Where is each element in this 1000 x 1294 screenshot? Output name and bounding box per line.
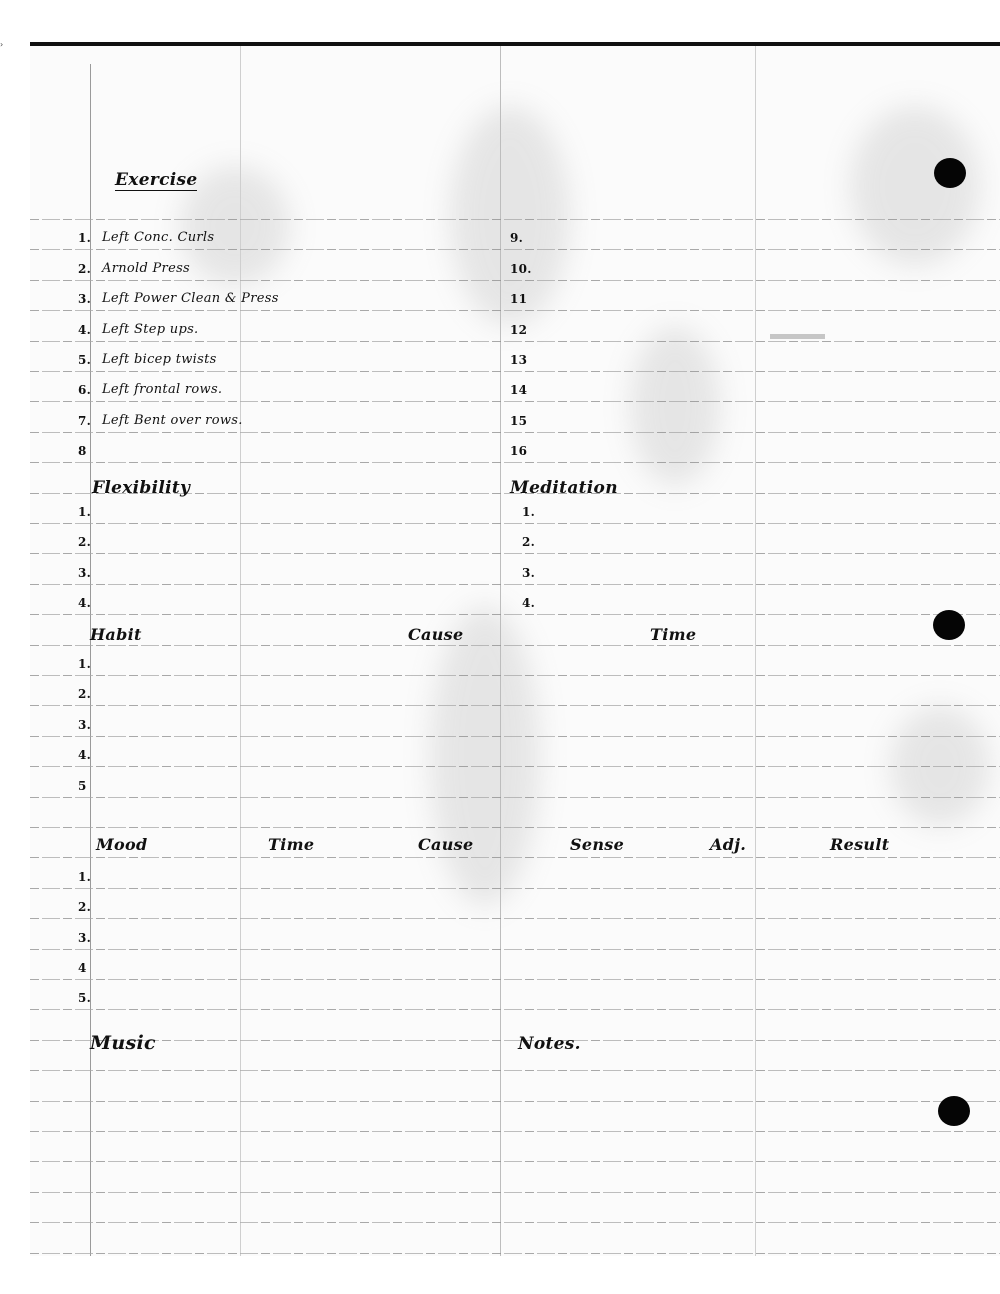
- fold-line: [500, 46, 501, 1256]
- ruled-line: [30, 1070, 1000, 1071]
- ruled-line: [30, 310, 1000, 311]
- list-number: 16: [510, 444, 527, 458]
- list-number: 15: [510, 414, 527, 428]
- exercise-entry: Left bicep twists: [102, 352, 217, 367]
- pencil-smudge: [770, 334, 825, 339]
- list-number: 7.: [78, 414, 91, 428]
- ruled-line: [30, 645, 1000, 646]
- list-number: 11: [510, 292, 527, 306]
- list-number: 12: [510, 323, 527, 337]
- ruled-line: [30, 675, 1000, 676]
- mood-column-result: Result: [830, 835, 889, 854]
- music-heading: Music: [90, 1032, 156, 1054]
- list-number: 5.: [78, 991, 91, 1005]
- ruled-line: [30, 766, 1000, 767]
- list-number: 1.: [522, 505, 535, 519]
- habit-column-cause: Cause: [408, 625, 463, 644]
- exercise-entry: Left Bent over rows.: [102, 413, 243, 428]
- list-number: 5: [78, 779, 87, 793]
- list-number: 3.: [78, 566, 91, 580]
- notebook-page: Exercise 1.Left Conc. Curls2.Arnold Pres…: [30, 42, 1000, 1256]
- habit-column-time: Time: [650, 625, 696, 644]
- ruled-line: [30, 888, 1000, 889]
- ruled-line: [30, 401, 1000, 402]
- ruled-line: [30, 1222, 1000, 1223]
- ruled-line: [30, 1009, 1000, 1010]
- mood-column-time: Time: [268, 835, 314, 854]
- list-number: 5.: [78, 353, 91, 367]
- list-number: 4.: [78, 748, 91, 762]
- exercise-entry: Left frontal rows.: [102, 382, 222, 397]
- exercise-entry: Arnold Press: [102, 261, 190, 276]
- list-number: 3.: [78, 292, 91, 306]
- ruled-line: [30, 523, 1000, 524]
- ruled-line: [30, 1161, 1000, 1162]
- ruled-line: [30, 1253, 1000, 1254]
- list-number: 3.: [78, 931, 91, 945]
- list-number: 8: [78, 444, 87, 458]
- ruled-line: [30, 1192, 1000, 1193]
- list-number: 2.: [78, 900, 91, 914]
- mood-column-adj: Adj.: [710, 835, 746, 854]
- ruled-line: [30, 949, 1000, 950]
- ruled-line: [30, 614, 1000, 615]
- ruled-line: [30, 1040, 1000, 1041]
- list-number: 1.: [78, 657, 91, 671]
- list-number: 2.: [78, 687, 91, 701]
- habit-column-habit: Habit: [90, 625, 142, 644]
- ruled-line: [30, 827, 1000, 828]
- notes-heading: Notes.: [518, 1034, 581, 1054]
- ruled-line: [30, 705, 1000, 706]
- ruled-line: [30, 249, 1000, 250]
- list-number: 13: [510, 353, 527, 367]
- mood-column-cause: Cause: [418, 835, 473, 854]
- ruled-line: [30, 797, 1000, 798]
- list-number: 4.: [78, 323, 91, 337]
- exercise-heading: Exercise: [115, 170, 197, 191]
- list-number: 14: [510, 383, 527, 397]
- list-number: 9.: [510, 231, 523, 245]
- ruled-line: [30, 371, 1000, 372]
- punch-hole: [938, 1096, 970, 1126]
- list-number: 3.: [78, 718, 91, 732]
- ruled-line: [30, 918, 1000, 919]
- scan-edge-mark: ›: [0, 40, 3, 49]
- list-number: 1.: [78, 231, 91, 245]
- list-number: 4.: [522, 596, 535, 610]
- list-number: 2.: [78, 535, 91, 549]
- ruled-line: [30, 462, 1000, 463]
- ruled-line: [30, 280, 1000, 281]
- ruled-line: [30, 219, 1000, 220]
- mood-column-sense: Sense: [570, 835, 624, 854]
- exercise-entry: Left Conc. Curls: [102, 230, 214, 245]
- meditation-heading: Meditation: [510, 478, 618, 498]
- list-number: 10.: [510, 262, 532, 276]
- list-number: 3.: [522, 566, 535, 580]
- list-number: 1.: [78, 505, 91, 519]
- ruled-line: [30, 1101, 1000, 1102]
- list-number: 4.: [78, 596, 91, 610]
- mood-column-mood: Mood: [96, 835, 147, 854]
- punch-hole: [933, 610, 965, 640]
- ruled-line: [30, 584, 1000, 585]
- punch-hole: [934, 158, 966, 188]
- ruled-line: [30, 341, 1000, 342]
- list-number: 2.: [78, 262, 91, 276]
- paper-stain: [430, 606, 540, 906]
- paper-stain: [850, 106, 980, 266]
- fold-line: [755, 46, 756, 1256]
- exercise-entry: Left Power Clean & Press: [102, 291, 279, 306]
- ruled-line: [30, 979, 1000, 980]
- exercise-entry: Left Step ups.: [102, 322, 198, 337]
- ruled-line: [30, 432, 1000, 433]
- ruled-line: [30, 857, 1000, 858]
- list-number: 4: [78, 961, 87, 975]
- ruled-line: [30, 736, 1000, 737]
- flexibility-heading: Flexibility: [92, 478, 190, 498]
- list-number: 6.: [78, 383, 91, 397]
- ruled-line: [30, 1131, 1000, 1132]
- list-number: 2.: [522, 535, 535, 549]
- list-number: 1.: [78, 870, 91, 884]
- ruled-line: [30, 553, 1000, 554]
- fold-line: [240, 46, 241, 1256]
